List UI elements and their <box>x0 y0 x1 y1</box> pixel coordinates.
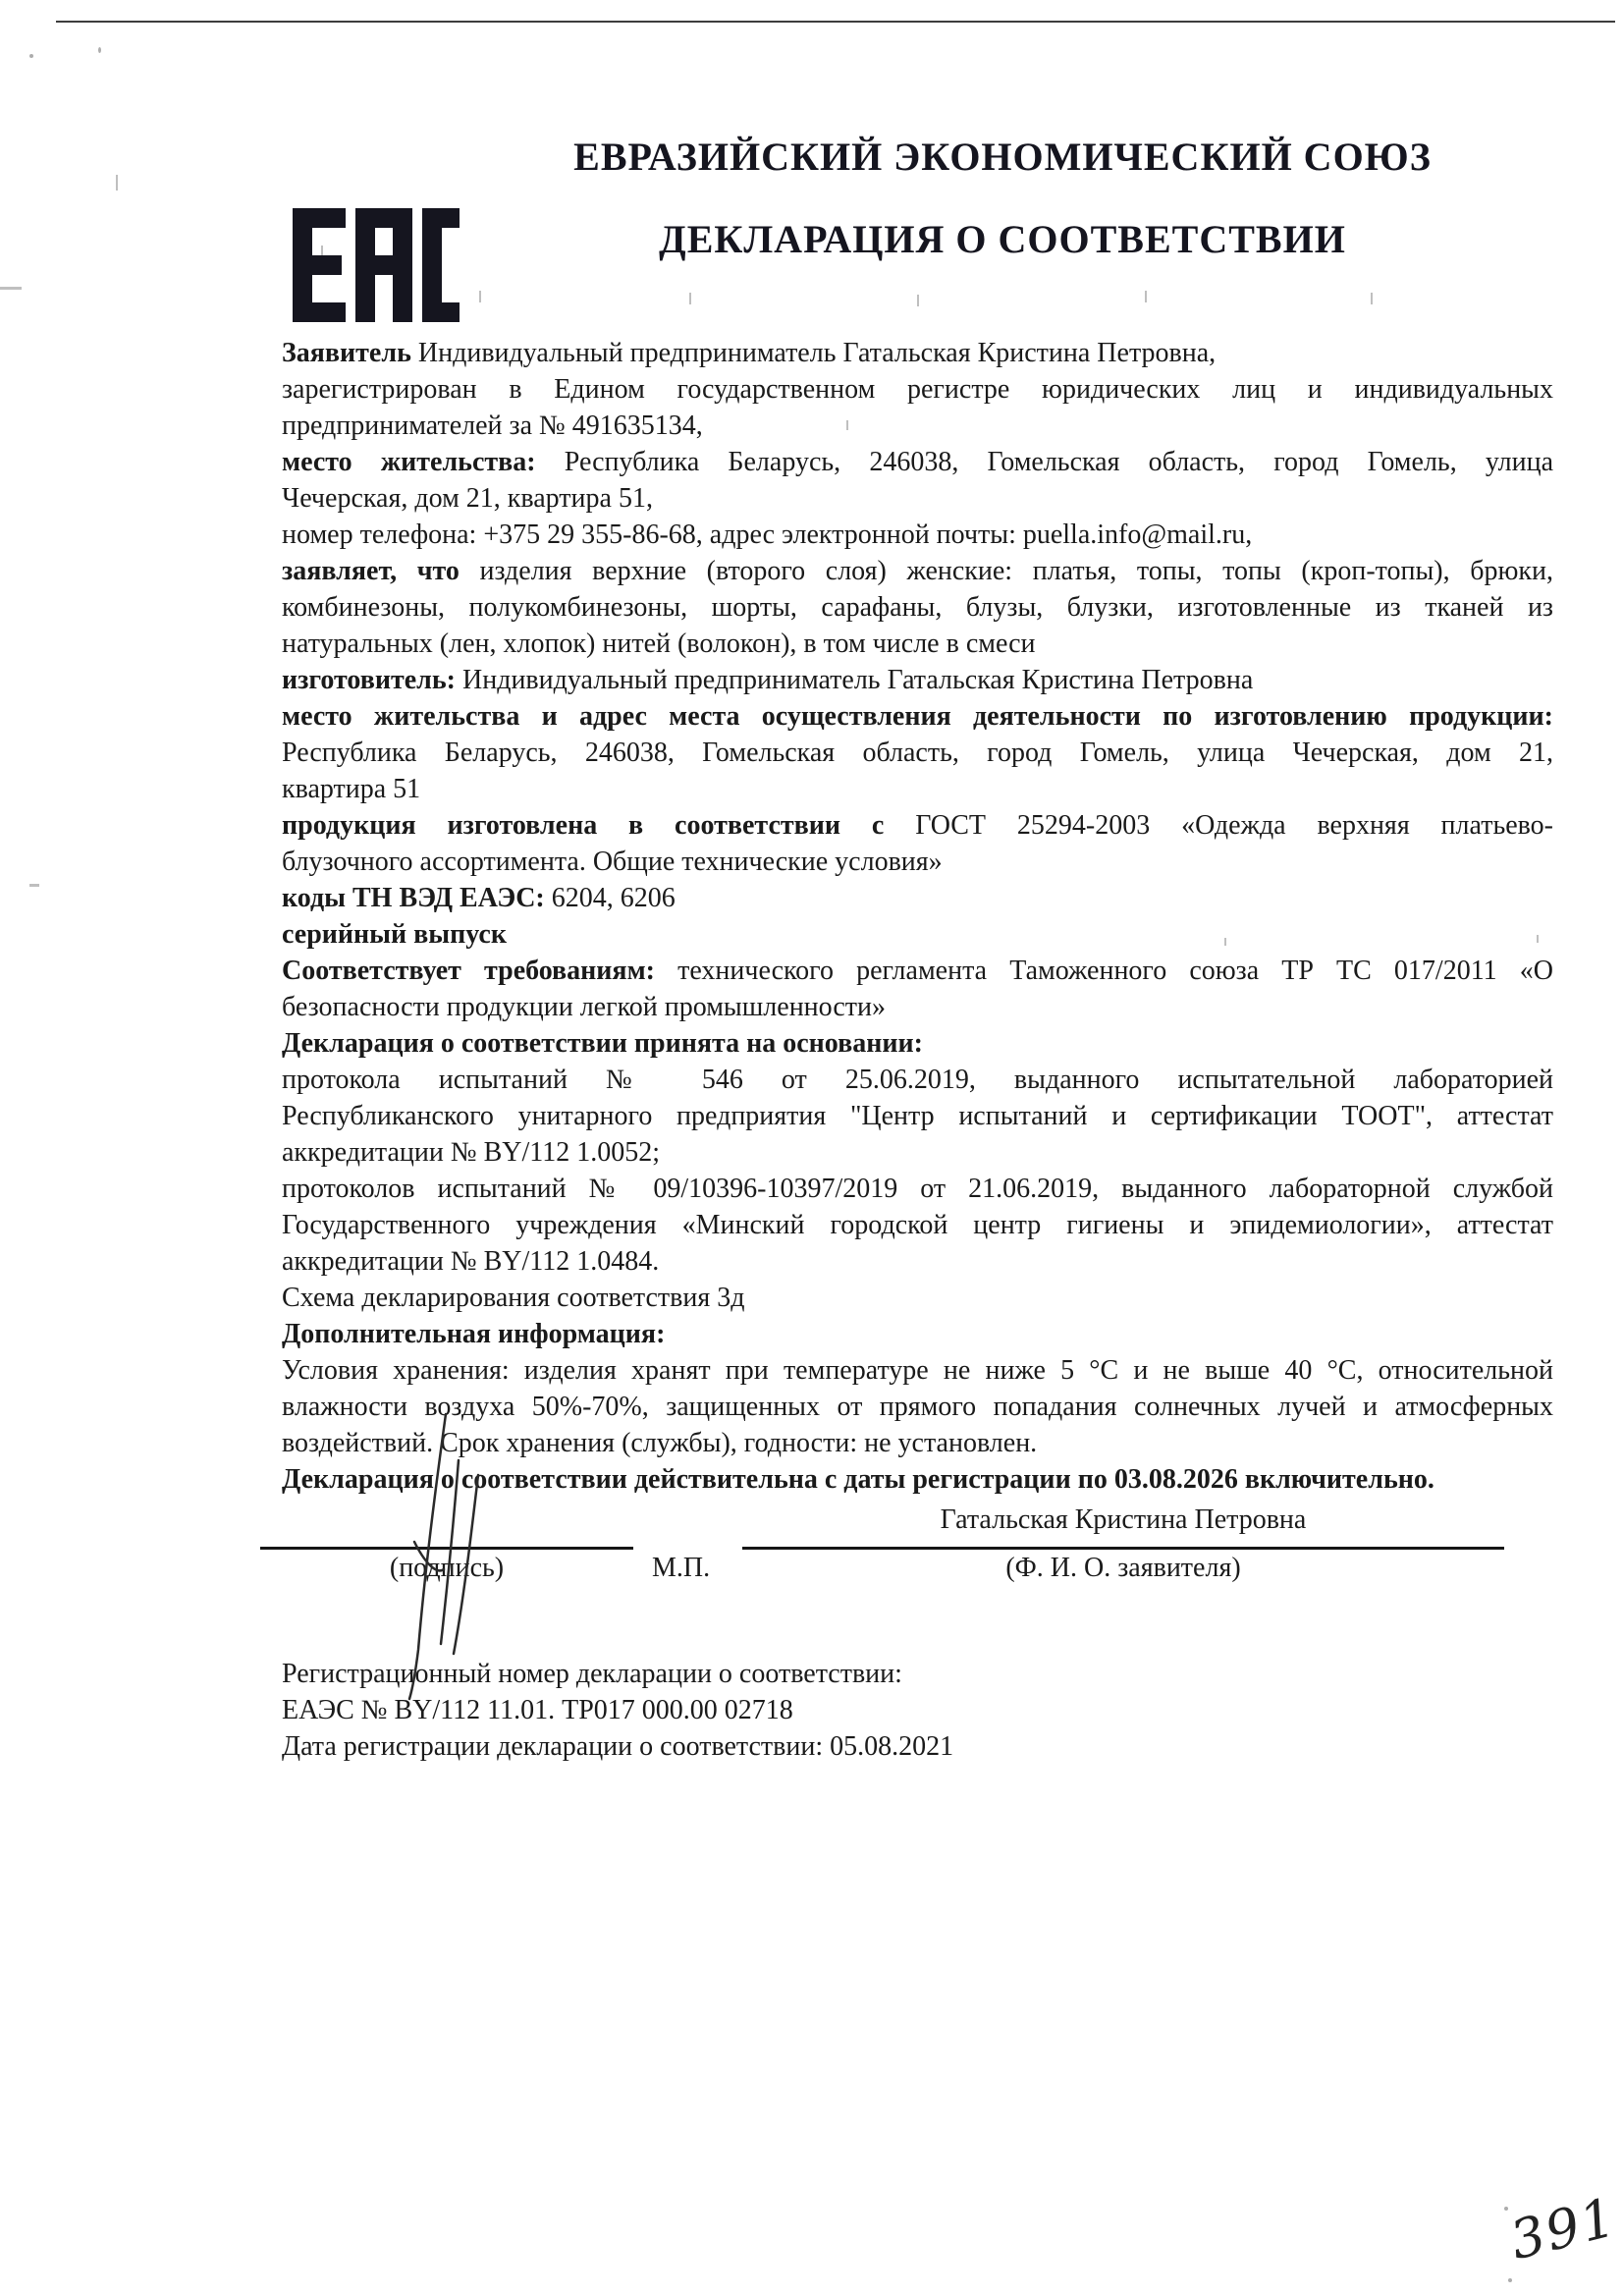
document-line: место жительства и адрес места осуществл… <box>282 698 1553 735</box>
document-line: зарегистрирован в Едином государственном… <box>282 371 1553 408</box>
text-segment: номер телефона: +375 29 355-86-68, адрес… <box>282 519 1252 550</box>
scan-artifact <box>98 47 101 53</box>
registration-date: Дата регистрации декларации о соответств… <box>282 1728 1553 1765</box>
document-line: продукция изготовлена в соответствии с Г… <box>282 807 1553 844</box>
document-line: аккредитации № BY/112 1.0484. <box>282 1243 1553 1280</box>
document-line: Заявитель Индивидуальный предприниматель… <box>282 335 1553 371</box>
declaration-title: ДЕКЛАРАЦИЯ О СООТВЕТСТВИИ <box>452 216 1553 262</box>
declaration-body: Заявитель Индивидуальный предприниматель… <box>282 335 1553 1498</box>
document-line: Государственного учреждения «Минский гор… <box>282 1207 1553 1243</box>
text-segment: протоколов испытаний № 09/10396-10397/20… <box>282 1174 1553 1204</box>
document-line: Условия хранения: изделия хранят при тем… <box>282 1352 1553 1389</box>
registration-section: Регистрационный номер декларации о соотв… <box>282 1656 1553 1765</box>
text-segment: Чечерская, дом 21, квартира 51, <box>282 483 653 514</box>
applicant-name: Гатальская Кристина Петровна <box>742 1504 1504 1536</box>
text-segment: Условия хранения: изделия хранят при тем… <box>282 1355 1553 1386</box>
document-line: безопасности продукции легкой промышленн… <box>282 989 1553 1025</box>
document-line: блузочного ассортимента. Общие техническ… <box>282 844 1553 880</box>
text-segment: Дополнительная информация: <box>282 1319 665 1349</box>
document-line: заявляет, что изделия верхние (второго с… <box>282 553 1553 589</box>
scan-artifact <box>321 246 323 255</box>
document-line: место жительства: Республика Беларусь, 2… <box>282 444 1553 480</box>
document-line: Республика Беларусь, 246038, Гомельская … <box>282 735 1553 771</box>
text-segment: коды ТН ВЭД ЕАЭС: <box>282 883 552 913</box>
scan-artifact <box>1145 291 1147 302</box>
text-segment: безопасности продукции легкой промышленн… <box>282 992 886 1022</box>
text-segment: комбинезоны, полукомбинезоны, шорты, сар… <box>282 592 1553 623</box>
text-segment: 6204, 6206 <box>552 883 676 913</box>
stamp-label: М.П. <box>652 1553 710 1584</box>
text-segment: протокола испытаний № 546 от 25.06.2019,… <box>282 1065 1553 1095</box>
text-segment: место жительства: <box>282 447 565 477</box>
text-segment: изготовитель: <box>282 665 462 695</box>
document-line: серийный выпуск <box>282 916 1553 953</box>
scan-artifact <box>116 175 118 191</box>
text-segment: аккредитации № BY/112 1.0052; <box>282 1137 660 1168</box>
scan-edge-line <box>56 21 1615 23</box>
document-page: ЕВРАЗИЙСКИЙ ЭКОНОМИЧЕСКИЙ СОЮЗ ДЕКЛАРАЦИ… <box>0 0 1623 2296</box>
scan-artifact <box>0 287 22 290</box>
document-line: натуральных (лен, хлопок) нитей (волокон… <box>282 626 1553 662</box>
eac-logo-icon <box>293 208 460 322</box>
text-segment: Декларация о соответствии принята на осн… <box>282 1028 923 1059</box>
text-segment: Республика Беларусь, 246038, Гомельская … <box>282 738 1553 768</box>
text-segment: Индивидуальный предприниматель Гатальска… <box>462 665 1253 695</box>
eac-logo <box>293 208 460 327</box>
text-segment: предпринимателей за № 491635134, <box>282 410 703 441</box>
text-segment: Республиканского унитарного предприятия … <box>282 1101 1553 1131</box>
document-line: Республиканского унитарного предприятия … <box>282 1098 1553 1134</box>
scan-artifact <box>29 54 33 58</box>
document-line: предпринимателей за № 491635134, <box>282 408 1553 444</box>
document-line: протоколов испытаний № 09/10396-10397/20… <box>282 1171 1553 1207</box>
text-segment: натуральных (лен, хлопок) нитей (волокон… <box>282 629 1036 659</box>
text-segment: заявляет, что <box>282 556 480 586</box>
text-segment: квартира 51 <box>282 774 420 804</box>
text-segment: Индивидуальный предприниматель Гатальска… <box>418 338 1216 368</box>
text-segment: изделия верхние (второго слоя) женские: … <box>480 556 1554 586</box>
applicant-name-label: (Ф. И. О. заявителя) <box>742 1553 1504 1584</box>
scan-artifact <box>846 420 848 430</box>
document-line: Схема декларирования соответствия 3д <box>282 1280 1553 1316</box>
scan-artifact <box>1537 935 1539 943</box>
scan-artifact <box>479 291 481 302</box>
registration-number: ЕАЭС № BY/112 11.01. ТР017 000.00 02718 <box>282 1692 1553 1728</box>
document-line: комбинезоны, полукомбинезоны, шорты, сар… <box>282 589 1553 626</box>
scan-artifact <box>1508 2278 1512 2282</box>
document-line: коды ТН ВЭД ЕАЭС: 6204, 6206 <box>282 880 1553 916</box>
text-segment: серийный выпуск <box>282 919 507 950</box>
scan-artifact <box>1224 938 1226 946</box>
scan-artifact <box>1371 293 1373 304</box>
text-segment: Государственного учреждения «Минский гор… <box>282 1210 1553 1240</box>
document-line: аккредитации № BY/112 1.0052; <box>282 1134 1553 1171</box>
scan-artifact <box>1504 2207 1508 2211</box>
handwritten-page-number: 391 <box>1504 2186 1623 2272</box>
document-line: изготовитель: Индивидуальный предпринима… <box>282 662 1553 698</box>
document-line: номер телефона: +375 29 355-86-68, адрес… <box>282 517 1553 553</box>
registration-heading: Регистрационный номер декларации о соотв… <box>282 1656 1553 1692</box>
text-segment: место жительства и адрес места осуществл… <box>282 701 1553 732</box>
document-line: Декларация о соответствии принята на осн… <box>282 1025 1553 1062</box>
applicant-name-line <box>742 1547 1504 1550</box>
text-segment: Республика Беларусь, 246038, Гомельская … <box>565 447 1553 477</box>
scan-artifact <box>29 884 39 887</box>
text-segment: Схема декларирования соответствия 3д <box>282 1283 745 1313</box>
text-segment: Соответствует требованиям: <box>282 956 677 986</box>
scan-artifact <box>917 295 919 306</box>
document-line: Соответствует требованиям: технического … <box>282 953 1553 989</box>
union-title: ЕВРАЗИЙСКИЙ ЭКОНОМИЧЕСКИЙ СОЮЗ <box>452 134 1553 180</box>
text-segment: блузочного ассортимента. Общие техническ… <box>282 847 943 877</box>
document-line: квартира 51 <box>282 771 1553 807</box>
scan-artifact <box>689 293 691 304</box>
text-segment: зарегистрирован в Едином государственном… <box>282 374 1553 405</box>
text-segment: ГОСТ 25294-2003 «Одежда верхняя платьево… <box>915 810 1553 841</box>
document-line: Чечерская, дом 21, квартира 51, <box>282 480 1553 517</box>
document-line: Дополнительная информация: <box>282 1316 1553 1352</box>
document-line: протокола испытаний № 546 от 25.06.2019,… <box>282 1062 1553 1098</box>
text-segment: Заявитель <box>282 338 418 368</box>
text-segment: технического регламента Таможенного союз… <box>677 956 1553 986</box>
text-segment: аккредитации № BY/112 1.0484. <box>282 1246 659 1277</box>
text-segment: продукция изготовлена в соответствии с <box>282 810 915 841</box>
